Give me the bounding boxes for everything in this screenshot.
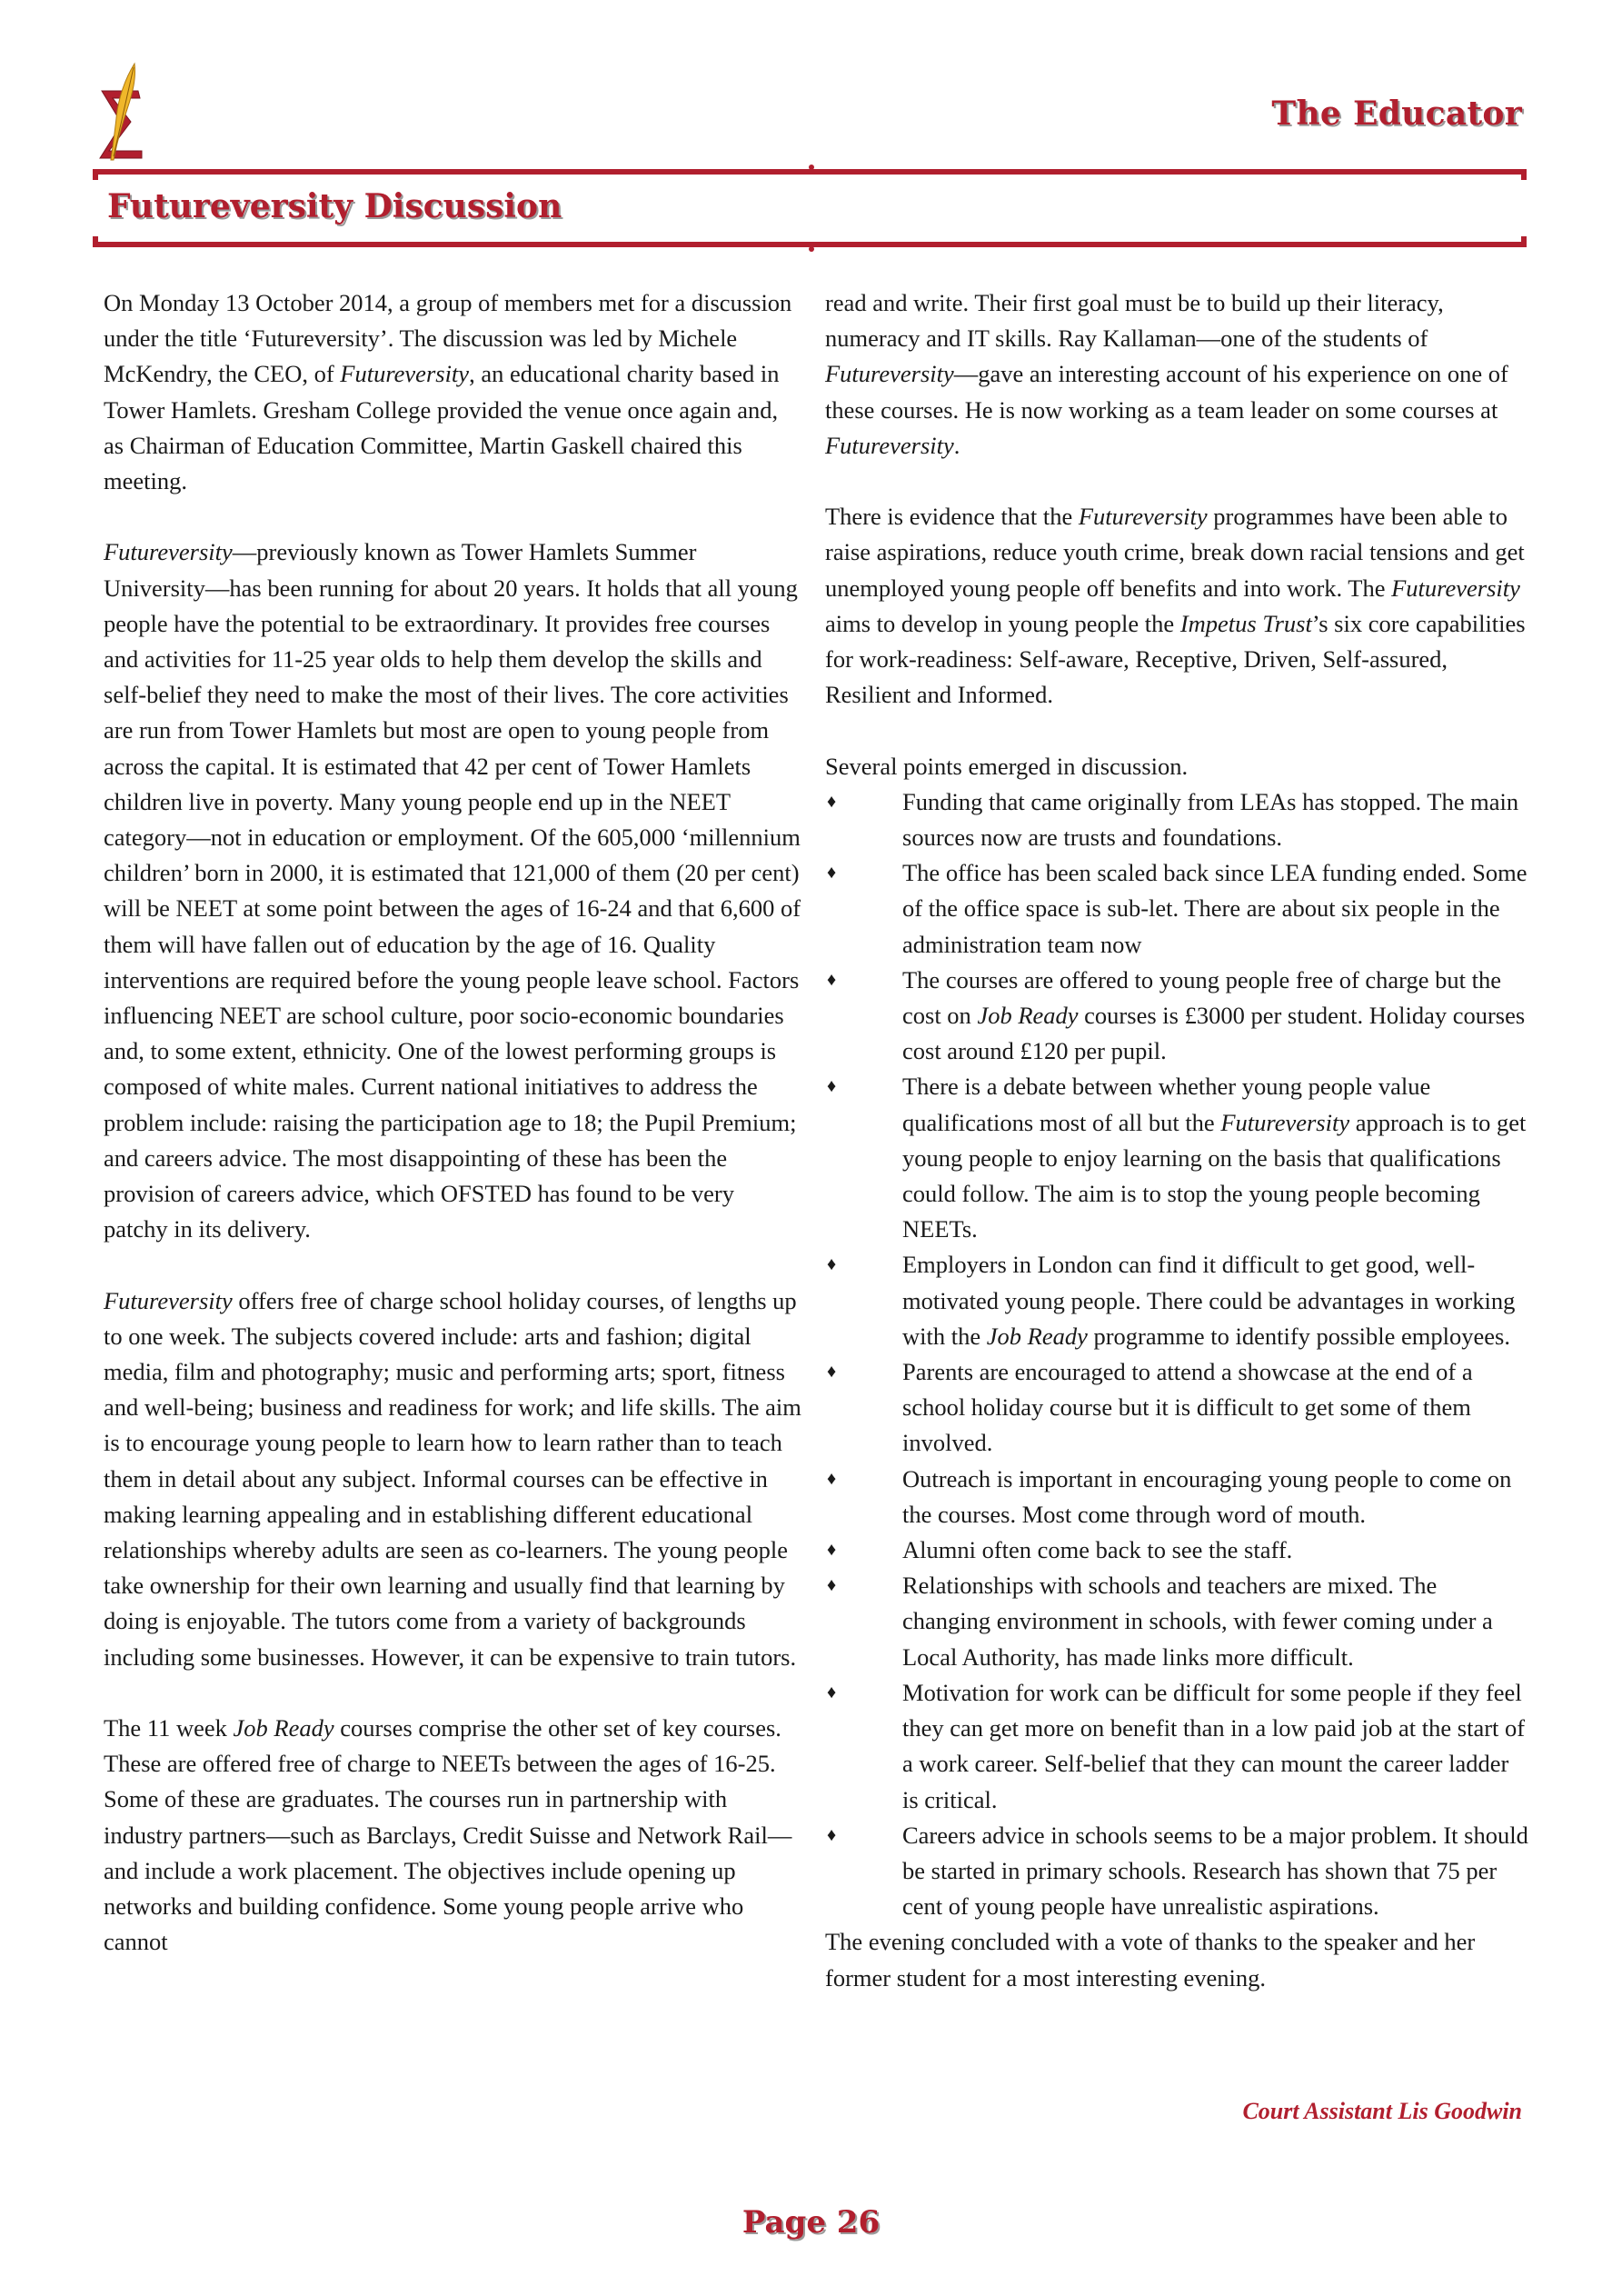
paragraph-student-account: read and write. Their first goal must be…: [825, 285, 1529, 464]
list-item: ♦Outreach is important in encouraging yo…: [825, 1462, 1529, 1532]
paragraph-job-ready: The 11 week Job Ready courses comprise t…: [104, 1711, 803, 1960]
paragraph-evidence: There is evidence that the Futureversity…: [825, 499, 1529, 713]
list-item: ♦Parents are encouraged to attend a show…: [825, 1354, 1529, 1462]
list-item: ♦The office has been scaled back since L…: [825, 855, 1529, 963]
publication-title: The Educator: [1271, 95, 1522, 133]
diamond-bullet-icon: ♦: [827, 963, 836, 998]
paragraph-holiday-courses: Futureversity offers free of charge scho…: [104, 1283, 803, 1675]
diamond-bullet-icon: ♦: [827, 855, 836, 891]
list-item: ♦Careers advice in schools seems to be a…: [825, 1818, 1529, 1925]
header-bottom-rule: [93, 242, 1527, 247]
author-signature: Court Assistant Lis Goodwin: [1242, 2098, 1522, 2125]
left-column: On Monday 13 October 2014, a group of me…: [104, 285, 803, 1961]
list-item: ♦The courses are offered to young people…: [825, 963, 1529, 1070]
diamond-bullet-icon: ♦: [827, 784, 836, 820]
page-number: Page 26: [0, 2204, 1622, 2241]
diamond-bullet-icon: ♦: [827, 1462, 836, 1497]
paragraph-intro: On Monday 13 October 2014, a group of me…: [104, 285, 803, 499]
list-item: ♦Motivation for work can be difficult fo…: [825, 1675, 1529, 1818]
right-column: read and write. Their first goal must be…: [825, 285, 1529, 1996]
diamond-bullet-icon: ♦: [827, 1818, 836, 1853]
diamond-bullet-icon: ♦: [827, 1568, 836, 1603]
diamond-bullet-icon: ♦: [827, 1532, 836, 1568]
diamond-bullet-icon: ♦: [827, 1354, 836, 1390]
diamond-bullet-icon: ♦: [827, 1675, 836, 1711]
header-top-rule: [93, 169, 1527, 175]
discussion-points-list: ♦Funding that came originally from LEAs …: [825, 784, 1529, 1925]
list-item: ♦Funding that came originally from LEAs …: [825, 784, 1529, 855]
section-title: Futureversity Discussion: [107, 187, 562, 225]
list-item: ♦Relationships with schools and teachers…: [825, 1568, 1529, 1675]
list-item: ♦Employers in London can find it difficu…: [825, 1247, 1529, 1354]
diamond-bullet-icon: ♦: [827, 1069, 836, 1104]
closing-paragraph: The evening concluded with a vote of tha…: [825, 1924, 1529, 1995]
discussion-intro: Several points emerged in discussion.: [825, 749, 1529, 784]
diamond-bullet-icon: ♦: [827, 1247, 836, 1283]
list-item: ♦There is a debate between whether young…: [825, 1069, 1529, 1247]
paragraph-about: Futureversity—previously known as Tower …: [104, 534, 803, 1247]
sigma-quill-logo-icon: [98, 62, 153, 162]
list-item: ♦Alumni often come back to see the staff…: [825, 1532, 1529, 1568]
